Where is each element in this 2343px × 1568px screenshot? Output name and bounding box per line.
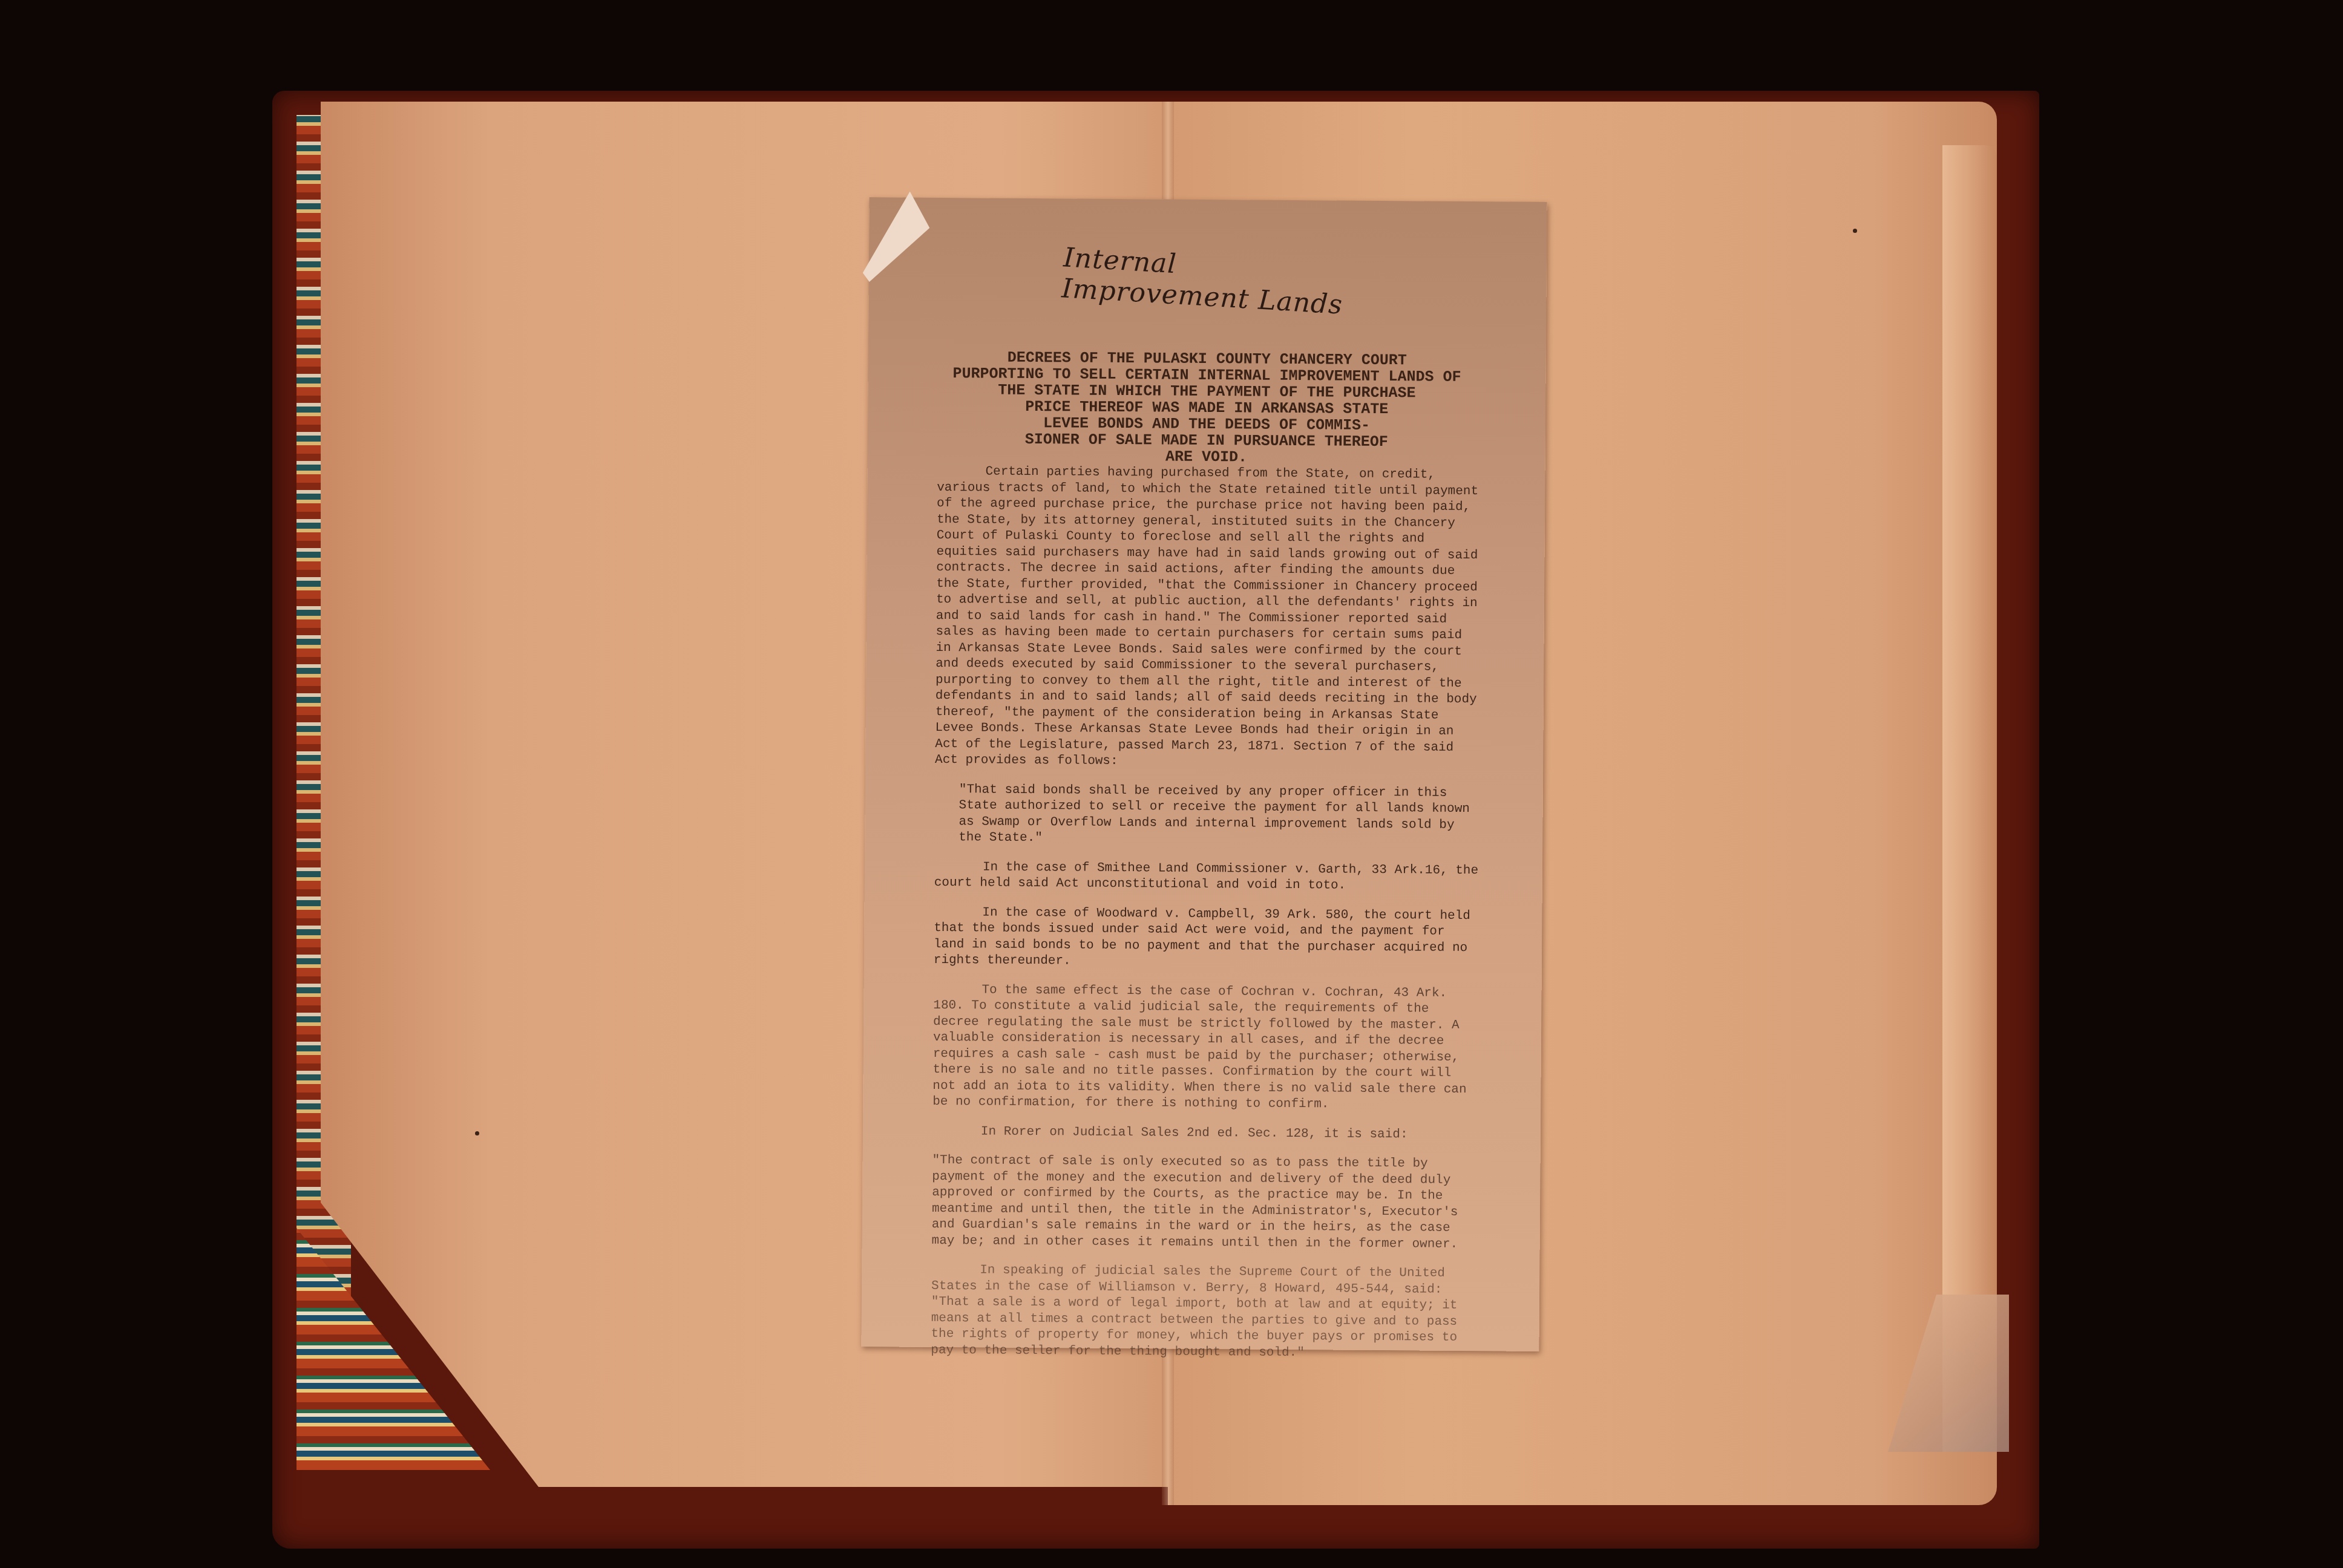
paragraph-facts: Certain parties having purchased from th…	[935, 464, 1481, 773]
quote-rorer: "The contract of sale is only executed s…	[932, 1153, 1477, 1253]
handwritten-title: Internal Improvement Lands	[1061, 242, 1366, 321]
paragraph-williamson-v-berry: In speaking of judicial sales the Suprem…	[931, 1263, 1476, 1362]
typed-legal-document: ℓ Internal Improvement Lands DECREES OF …	[861, 197, 1547, 1351]
paragraph-rorer: In Rorer on Judicial Sales 2nd ed. Sec. …	[932, 1123, 1477, 1143]
page-speck	[475, 1131, 479, 1135]
paragraph-cochran-v-cochran: To the same effect is the case of Cochra…	[932, 982, 1478, 1114]
paragraph-smithee-v-garth: In the case of Smithee Land Commissioner…	[934, 859, 1479, 895]
paper-tag: ℓ	[863, 191, 930, 283]
page-speck	[1853, 229, 1857, 233]
quote-section-7: "That said bonds shall be received by an…	[958, 782, 1480, 850]
document-body: Certain parties having purchased from th…	[931, 464, 1481, 1376]
document-heading: DECREES OF THE PULASKI COUNTY CHANCERY C…	[940, 349, 1473, 467]
right-page-stack	[1942, 145, 1997, 1452]
paragraph-woodward-v-campbell: In the case of Woodward v. Campbell, 39 …	[934, 904, 1479, 972]
tag-handwriting: ℓ	[868, 217, 890, 235]
